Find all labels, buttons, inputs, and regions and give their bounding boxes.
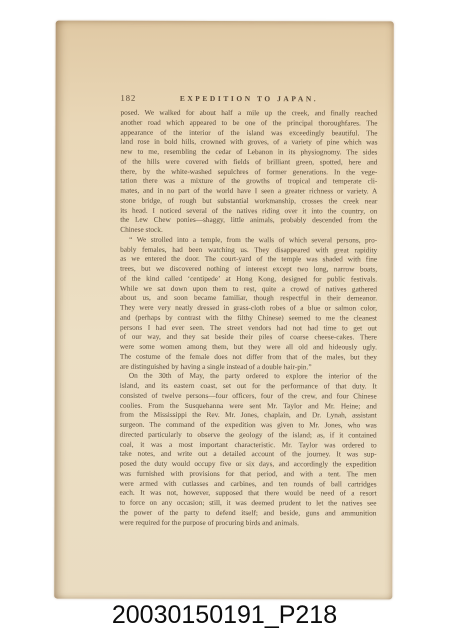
text-line: another road which appeared to be one of…	[120, 117, 377, 127]
text-line: new to me, resembling the cedar of Leban…	[120, 147, 377, 157]
text-line: posed the duty would occupy five or six …	[120, 459, 377, 469]
text-block: posed. We walked for about half a mile u…	[119, 108, 377, 528]
screenshot-canvas: 182 EXPEDITION TO JAPAN. posed. We walke…	[0, 0, 449, 640]
text-line: from the Mississippi the Rev. Mr. Jones,…	[120, 410, 377, 420]
text-line: to force on any occasion; still, it was …	[119, 498, 376, 508]
text-line: its head. I noticed several of the nativ…	[120, 205, 377, 215]
running-title: EXPEDITION TO JAPAN.	[121, 94, 378, 104]
text-line: On the 30th of May, the party ordered to…	[120, 371, 377, 381]
text-line: consisted of twelve persons—four officer…	[120, 390, 377, 400]
text-line: Chinese stock.	[120, 225, 377, 235]
text-line: tation there was a mixture of the growth…	[120, 176, 377, 186]
text-line: of our way, and they sat beside their pi…	[120, 332, 377, 342]
text-line: They were very neatly dressed in grass-c…	[120, 303, 377, 313]
text-line: The costume of the female does not diffe…	[120, 351, 377, 361]
text-line: stone bridge, of rough but substantial w…	[120, 195, 377, 205]
text-line: as we entered the door. The court-yard o…	[120, 254, 377, 264]
text-line: directed particularly to observe the geo…	[120, 429, 377, 439]
text-line: mates, and in no part of the world have …	[120, 186, 377, 196]
text-line: of the hills were covered with fields of…	[120, 156, 377, 166]
text-line: bably females, had been watching us. The…	[120, 244, 377, 254]
text-line: about us, and soon became familiar, thou…	[120, 293, 377, 303]
text-line: there, by the white-washed sepulchres of…	[120, 166, 377, 176]
text-line: the power of the party to defend itself;…	[119, 507, 376, 517]
text-line: were some women among them, but they wer…	[120, 342, 377, 352]
text-line: appearance of the interior of the island…	[120, 127, 377, 137]
text-line: posed. We walked for about half a mile u…	[121, 108, 378, 118]
text-line: land rose in bold hills, crowned with gr…	[120, 137, 377, 147]
text-line: the Lew Chew ponies—shaggy, little anima…	[120, 215, 377, 225]
text-line: was furnished with provisions for that p…	[120, 468, 377, 478]
text-line: coolies. From the Susquehanna were sent …	[120, 400, 377, 410]
page-header: 182 EXPEDITION TO JAPAN.	[121, 93, 378, 106]
text-line: surgeon. The command of the expedition w…	[120, 420, 377, 430]
text-line: and (perhaps by contrast with the filthy…	[120, 312, 377, 322]
text-line: were required for the purpose of procuri…	[119, 517, 376, 527]
catalog-id-label: 20030150191_P218	[0, 601, 449, 630]
text-line: “ We strolled into a temple, from the wa…	[120, 234, 377, 244]
text-line: island, and its eastern coast, set out f…	[120, 381, 377, 391]
text-line: take notes, and write out a detailed acc…	[120, 449, 377, 459]
scanned-page: 182 EXPEDITION TO JAPAN. posed. We walke…	[54, 21, 394, 600]
text-line: coal, it was a most important characteri…	[120, 439, 377, 449]
text-line: While we sat down upon them to rest, qui…	[120, 283, 377, 293]
text-line: trees, but we discovered nothing of inte…	[120, 264, 377, 274]
text-line: of the kind called ‘centipede’ at Hong K…	[120, 273, 377, 283]
text-line: are distinguished by having a single ins…	[120, 361, 377, 371]
text-line: persons I had ever seen. The street vend…	[120, 322, 377, 332]
